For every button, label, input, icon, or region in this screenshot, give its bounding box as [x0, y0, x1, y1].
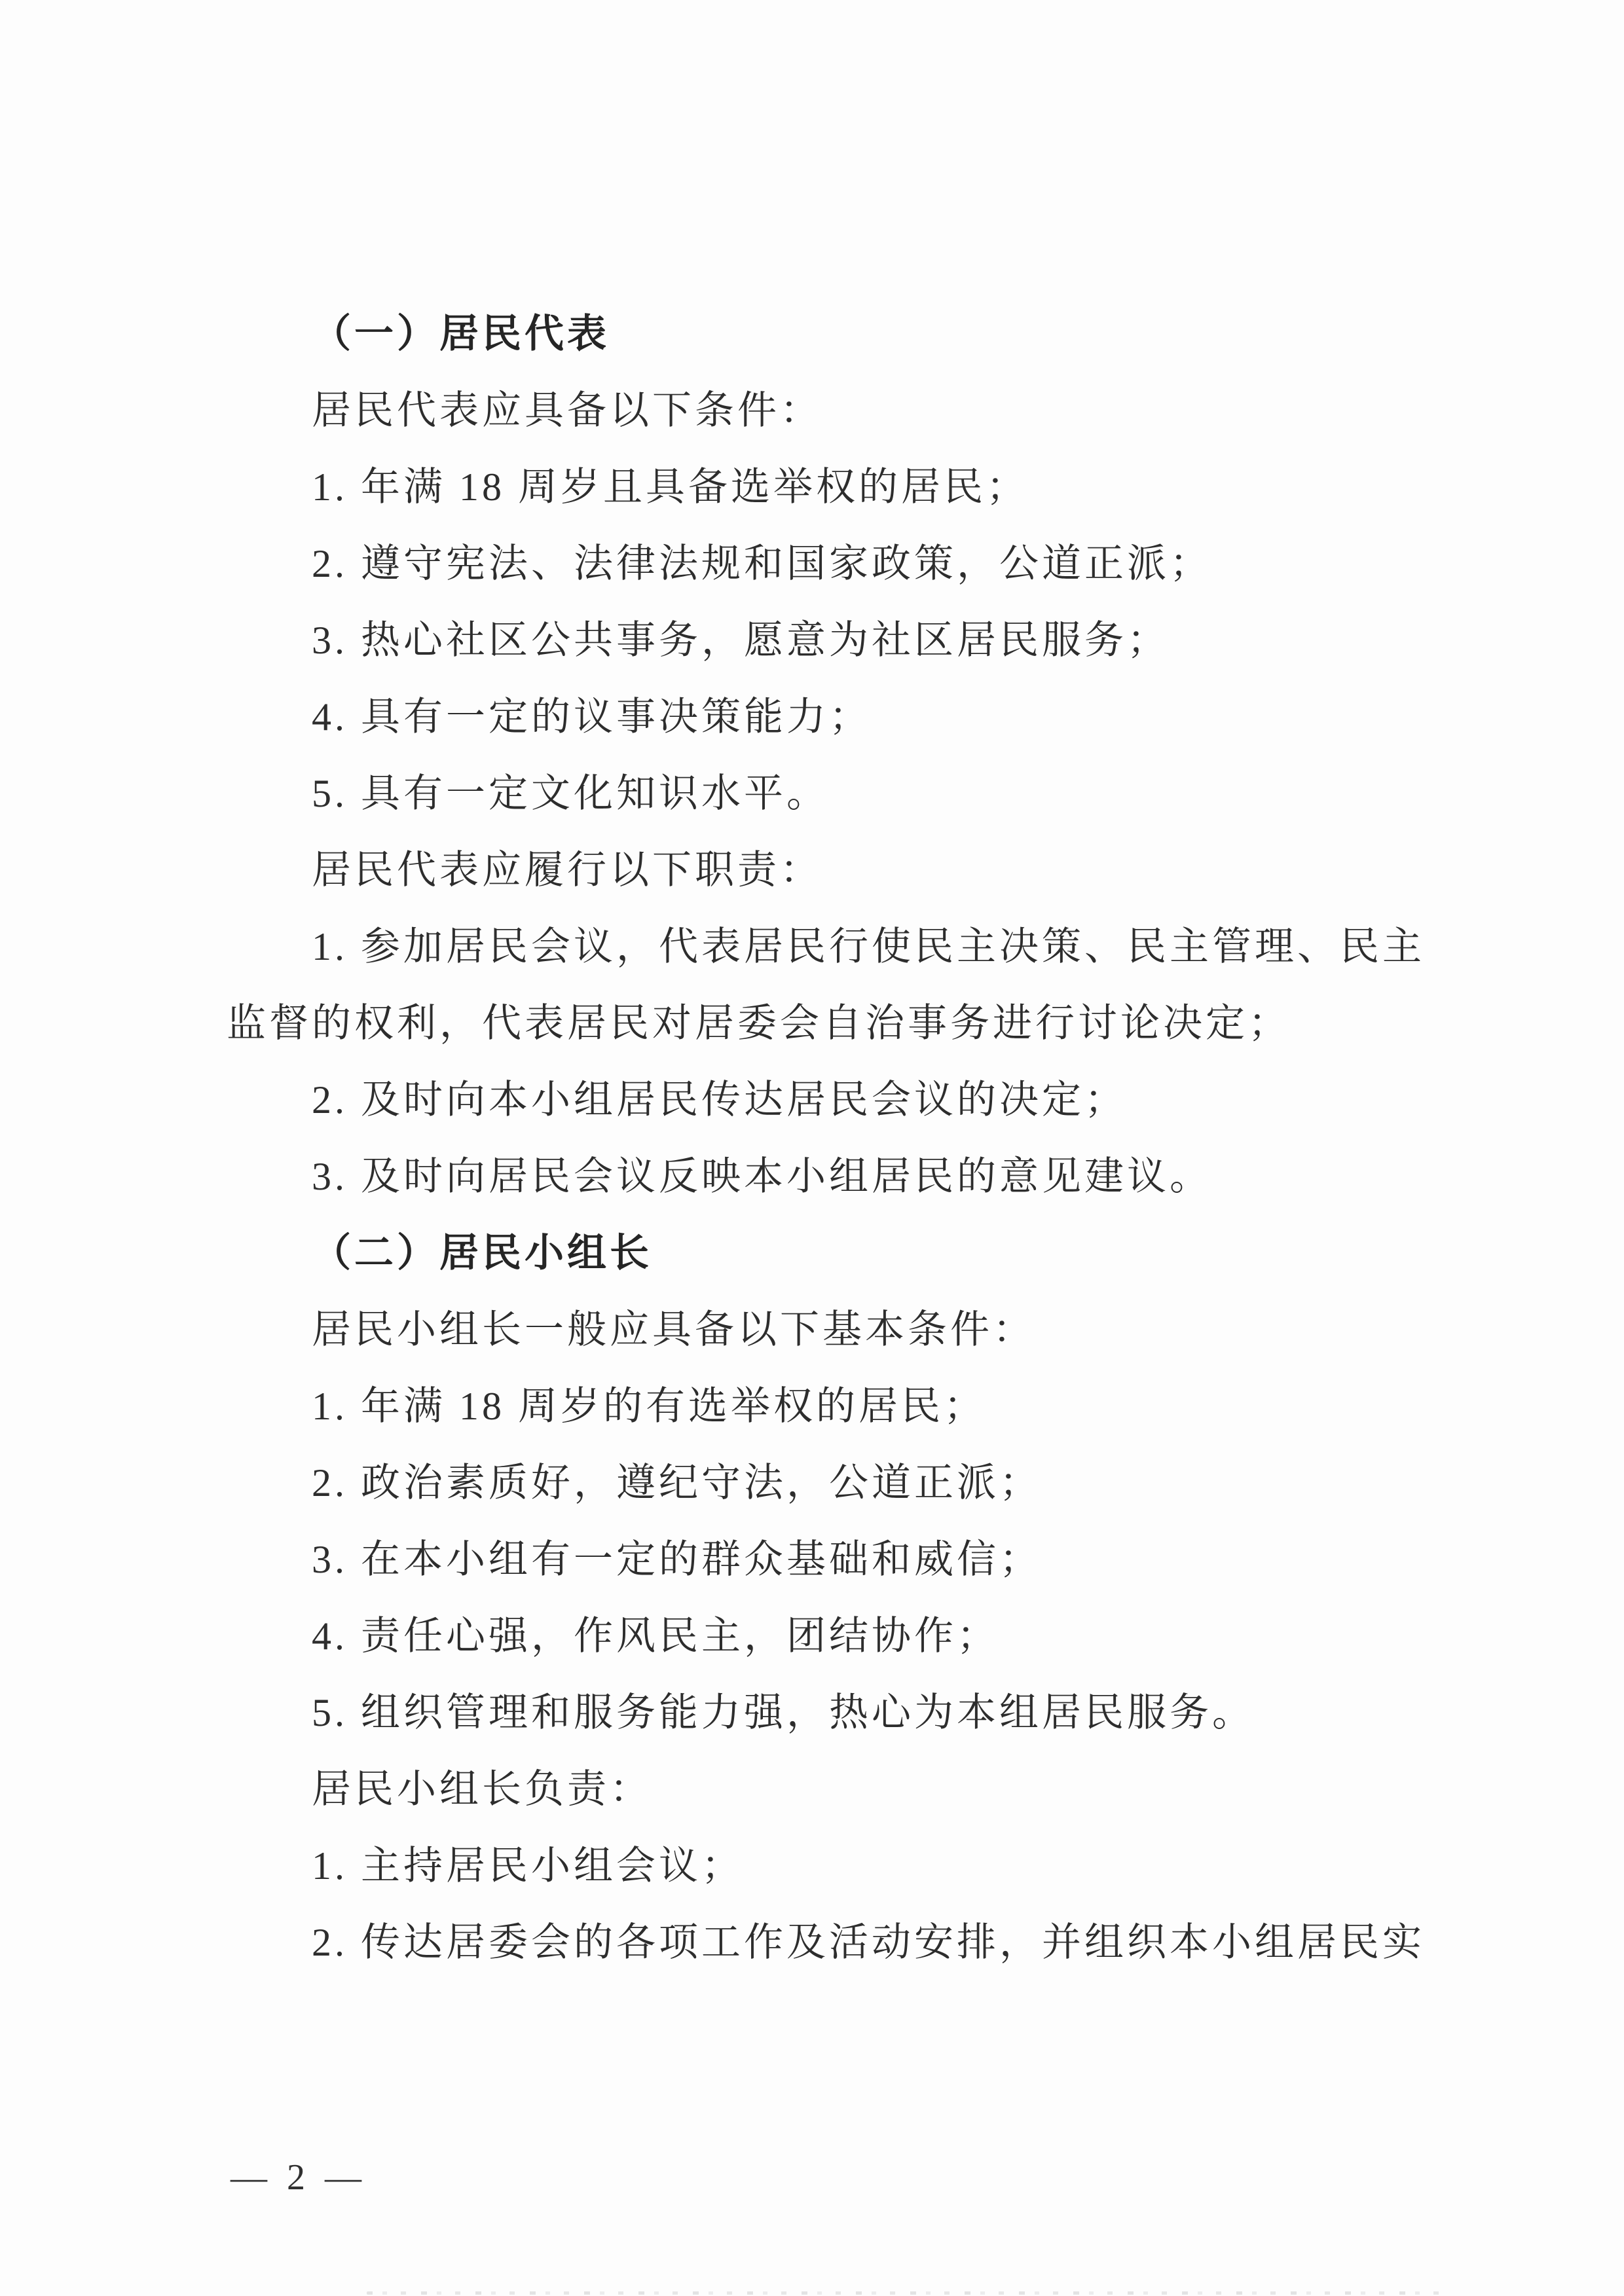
text-line: 2. 遵守宪法、法律法规和国家政策，公道正派； — [227, 526, 1471, 602]
text-line: 2. 及时向本小组居民传达居民会议的决定； — [227, 1062, 1471, 1139]
text-line: 4. 责任心强，作风民主，团结协作； — [227, 1598, 1471, 1675]
text-line: 2. 传达居委会的各项工作及活动安排，并组织本小组居民实 — [227, 1904, 1471, 1981]
text-line: 1. 年满 18 周岁的有选举权的居民； — [227, 1368, 1471, 1445]
scanned-document-page: （一）居民代表居民代表应具备以下条件：1. 年满 18 周岁且具备选举权的居民；… — [0, 0, 1624, 2296]
text-line: 5. 具有一定文化知识水平。 — [227, 756, 1471, 832]
section-heading: （一）居民代表 — [227, 296, 1471, 373]
text-line: 5. 组织管理和服务能力强，热心为本组居民服务。 — [227, 1675, 1471, 1751]
text-line: 1. 年满 18 周岁且具备选举权的居民； — [227, 449, 1471, 526]
next-page-bleed-artifact — [367, 2291, 1450, 2295]
text-line: 3. 在本小组有一定的群众基础和威信； — [227, 1522, 1471, 1598]
text-line: 居民代表应履行以下职责： — [227, 832, 1471, 909]
text-line: 2. 政治素质好，遵纪守法，公道正派； — [227, 1445, 1471, 1522]
text-line: 3. 热心社区公共事务，愿意为社区居民服务； — [227, 602, 1471, 679]
text-line: 1. 参加居民会议，代表居民行使民主决策、民主管理、民主 — [227, 909, 1471, 985]
text-line: 居民小组长一般应具备以下基本条件： — [227, 1292, 1471, 1368]
text-line: 居民小组长负责： — [227, 1751, 1471, 1828]
text-line: 4. 具有一定的议事决策能力； — [227, 679, 1471, 756]
text-line: 监督的权利，代表居民对居委会自治事务进行讨论决定； — [227, 985, 1471, 1062]
document-body: （一）居民代表居民代表应具备以下条件：1. 年满 18 周岁且具备选举权的居民；… — [227, 296, 1471, 1981]
page-number-footer: — 2 — — [231, 2155, 367, 2200]
text-line: 3. 及时向居民会议反映本小组居民的意见建议。 — [227, 1139, 1471, 1215]
text-line: 居民代表应具备以下条件： — [227, 373, 1471, 449]
text-line: 1. 主持居民小组会议； — [227, 1828, 1471, 1904]
section-heading: （二）居民小组长 — [227, 1215, 1471, 1292]
